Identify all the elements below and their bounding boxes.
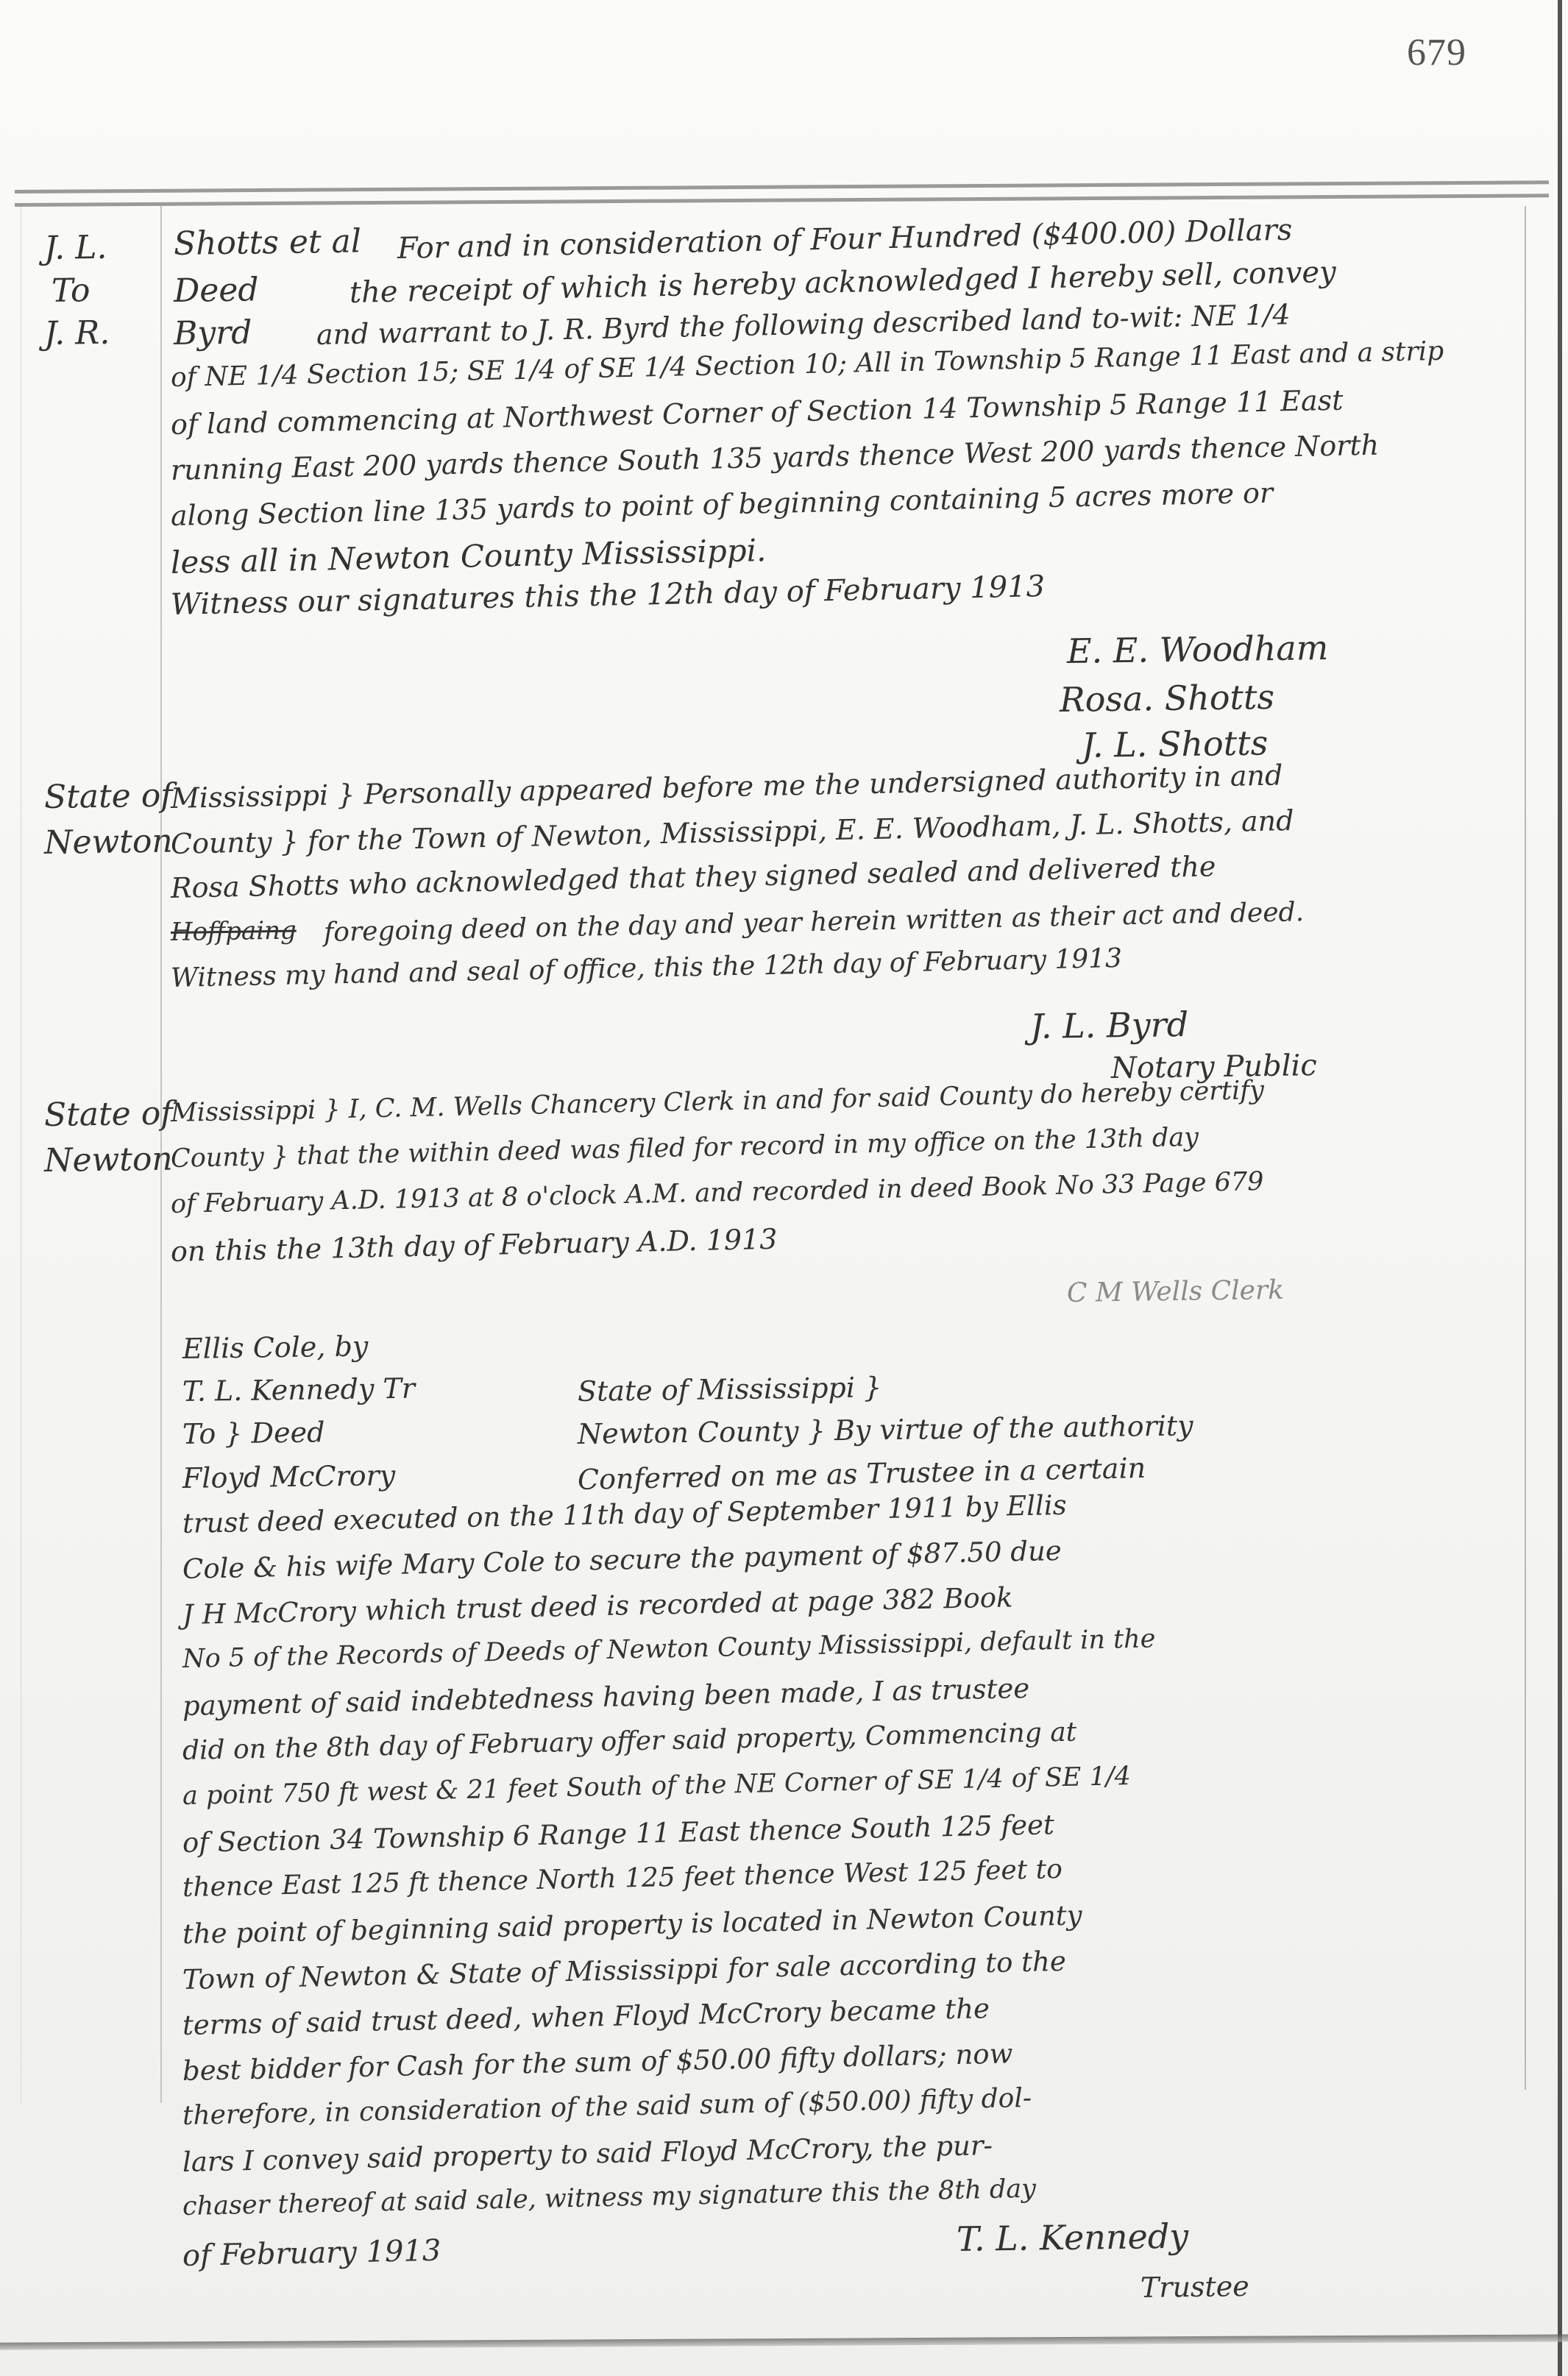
deed2-line: therefore, in consideration of the said … bbox=[182, 2085, 1032, 2129]
deed2-line: Town of Newton & State of Mississippi fo… bbox=[182, 1948, 1067, 1993]
deed2-line: thence East 125 ft thence North 125 feet… bbox=[182, 1857, 1063, 1901]
deed2-line: Conferred on me as Trustee in a certain bbox=[578, 1454, 1146, 1494]
cert1-line: of February A.D. 1913 at 8 o'clock A.M. … bbox=[171, 1169, 1264, 1218]
deed1-line: along Section line 135 yards to point of… bbox=[171, 479, 1274, 530]
margin-grantor-name: Shotts et al bbox=[174, 225, 362, 260]
struck-word: Hoffpaing bbox=[171, 918, 297, 945]
deed2-line: of Section 34 Township 6 Range 11 East t… bbox=[182, 1811, 1055, 1857]
deed1-line: For and in consideration of Four Hundred… bbox=[397, 216, 1293, 263]
cert1-line: County } that the within deed was filed … bbox=[171, 1125, 1199, 1172]
ledger-page: 679 J. L. Shotts et al To Deed J. R. Byr… bbox=[0, 0, 1568, 2376]
margin-grantee-initials: J. R. bbox=[44, 317, 110, 350]
left-margin-rule bbox=[21, 206, 21, 2104]
margin-county: Newton bbox=[44, 1143, 173, 1177]
deed2-line: Cole & his wife Mary Cole to secure the … bbox=[182, 1537, 1062, 1583]
signature-woodham: E. E. Woodham bbox=[1067, 631, 1329, 668]
deed2-line: terms of said trust deed, when Floyd McC… bbox=[182, 1995, 990, 2039]
deed1-line: of land commencing at Northwest Corner o… bbox=[171, 386, 1344, 439]
deed1-line: and warrant to J. R. Byrd the following … bbox=[316, 300, 1291, 349]
cert1-line: Mississippi } I, C. M. Wells Chancery Cl… bbox=[171, 1078, 1265, 1127]
deed2-line: did on the 8th day of February offer sai… bbox=[182, 1720, 1077, 1765]
margin-to: To bbox=[52, 274, 91, 308]
ack1-line: foregoing deed on the day and year herei… bbox=[324, 899, 1305, 946]
margin-grantor-initials: J. L. bbox=[44, 232, 107, 265]
signature-notary: J. L. Byrd bbox=[1030, 1007, 1189, 1043]
deed2-line: lars I convey said property to said Floy… bbox=[182, 2132, 993, 2176]
deed2-header: Newton County } By virtue of the authori… bbox=[578, 1411, 1193, 1448]
margin-state-of: State of bbox=[44, 1098, 173, 1132]
margin-grantee: Floyd McCrory bbox=[182, 1461, 396, 1492]
header-double-rule-bottom bbox=[15, 194, 1549, 207]
signature-clerk: C M Wells Clerk bbox=[1067, 1277, 1284, 1307]
margin-to-deed: To } Deed bbox=[182, 1418, 325, 1448]
page-edge-shadow bbox=[1558, 0, 1562, 2376]
ack1-line: Mississippi } Personally appeared before… bbox=[171, 761, 1283, 812]
deed2-line: chaser thereof at said sale, witness my … bbox=[182, 2177, 1037, 2220]
deed2-line: a point 750 ft west & 21 feet South of t… bbox=[182, 1764, 1132, 1809]
deed2-line: best bidder for Cash for the sum of $50.… bbox=[182, 2040, 1013, 2085]
signature-rosa-shotts: Rosa. Shotts bbox=[1060, 680, 1275, 717]
cert1-line: on this the 13th day of February A.D. 19… bbox=[171, 1225, 778, 1266]
signature-trustee: T. L. Kennedy bbox=[957, 2219, 1189, 2256]
deed1-line: Witness our signatures this the 12th day… bbox=[171, 572, 1046, 620]
ack1-line: Rosa Shotts who acknowledged that they s… bbox=[171, 852, 1216, 902]
signature-jl-shotts: J. L. Shotts bbox=[1082, 726, 1269, 762]
margin-trustee: T. L. Kennedy Tr bbox=[182, 1375, 415, 1405]
ack1-line: County } for the Town of Newton, Mississ… bbox=[171, 806, 1294, 858]
deed1-line: less all in Newton County Mississippi. bbox=[171, 535, 767, 578]
deed2-header: State of Mississippi } bbox=[578, 1373, 882, 1405]
deed2-line: No 5 of the Records of Deeds of Newton C… bbox=[182, 1626, 1156, 1673]
deed2-line: the point of beginning said property is … bbox=[182, 1901, 1082, 1948]
margin-state-of: State of bbox=[44, 780, 173, 814]
ack1-line: Witness my hand and seal of office, this… bbox=[171, 946, 1123, 992]
margin-grantor: Ellis Cole, by bbox=[182, 1332, 369, 1363]
margin-county: Newton bbox=[44, 826, 173, 859]
deed2-line: trust deed executed on the 11th day of S… bbox=[182, 1492, 1067, 1537]
header-double-rule-top bbox=[15, 180, 1549, 194]
deed2-line: payment of said indebtedness having been… bbox=[182, 1675, 1030, 1720]
deed1-line: running East 200 yards thence South 135 … bbox=[171, 431, 1380, 484]
trustee-title: Trustee bbox=[1140, 2272, 1249, 2302]
page-bottom-shadow bbox=[0, 2334, 1568, 2350]
deed2-line: J H McCrory which trust deed is recorded… bbox=[182, 1584, 1013, 1628]
page-number: 679 bbox=[1407, 31, 1466, 74]
margin-doc-type: Deed bbox=[174, 274, 259, 308]
margin-grantee-name: Byrd bbox=[174, 317, 252, 350]
deed2-line: of February 1913 bbox=[182, 2236, 441, 2271]
right-margin-rule bbox=[1525, 206, 1526, 2090]
